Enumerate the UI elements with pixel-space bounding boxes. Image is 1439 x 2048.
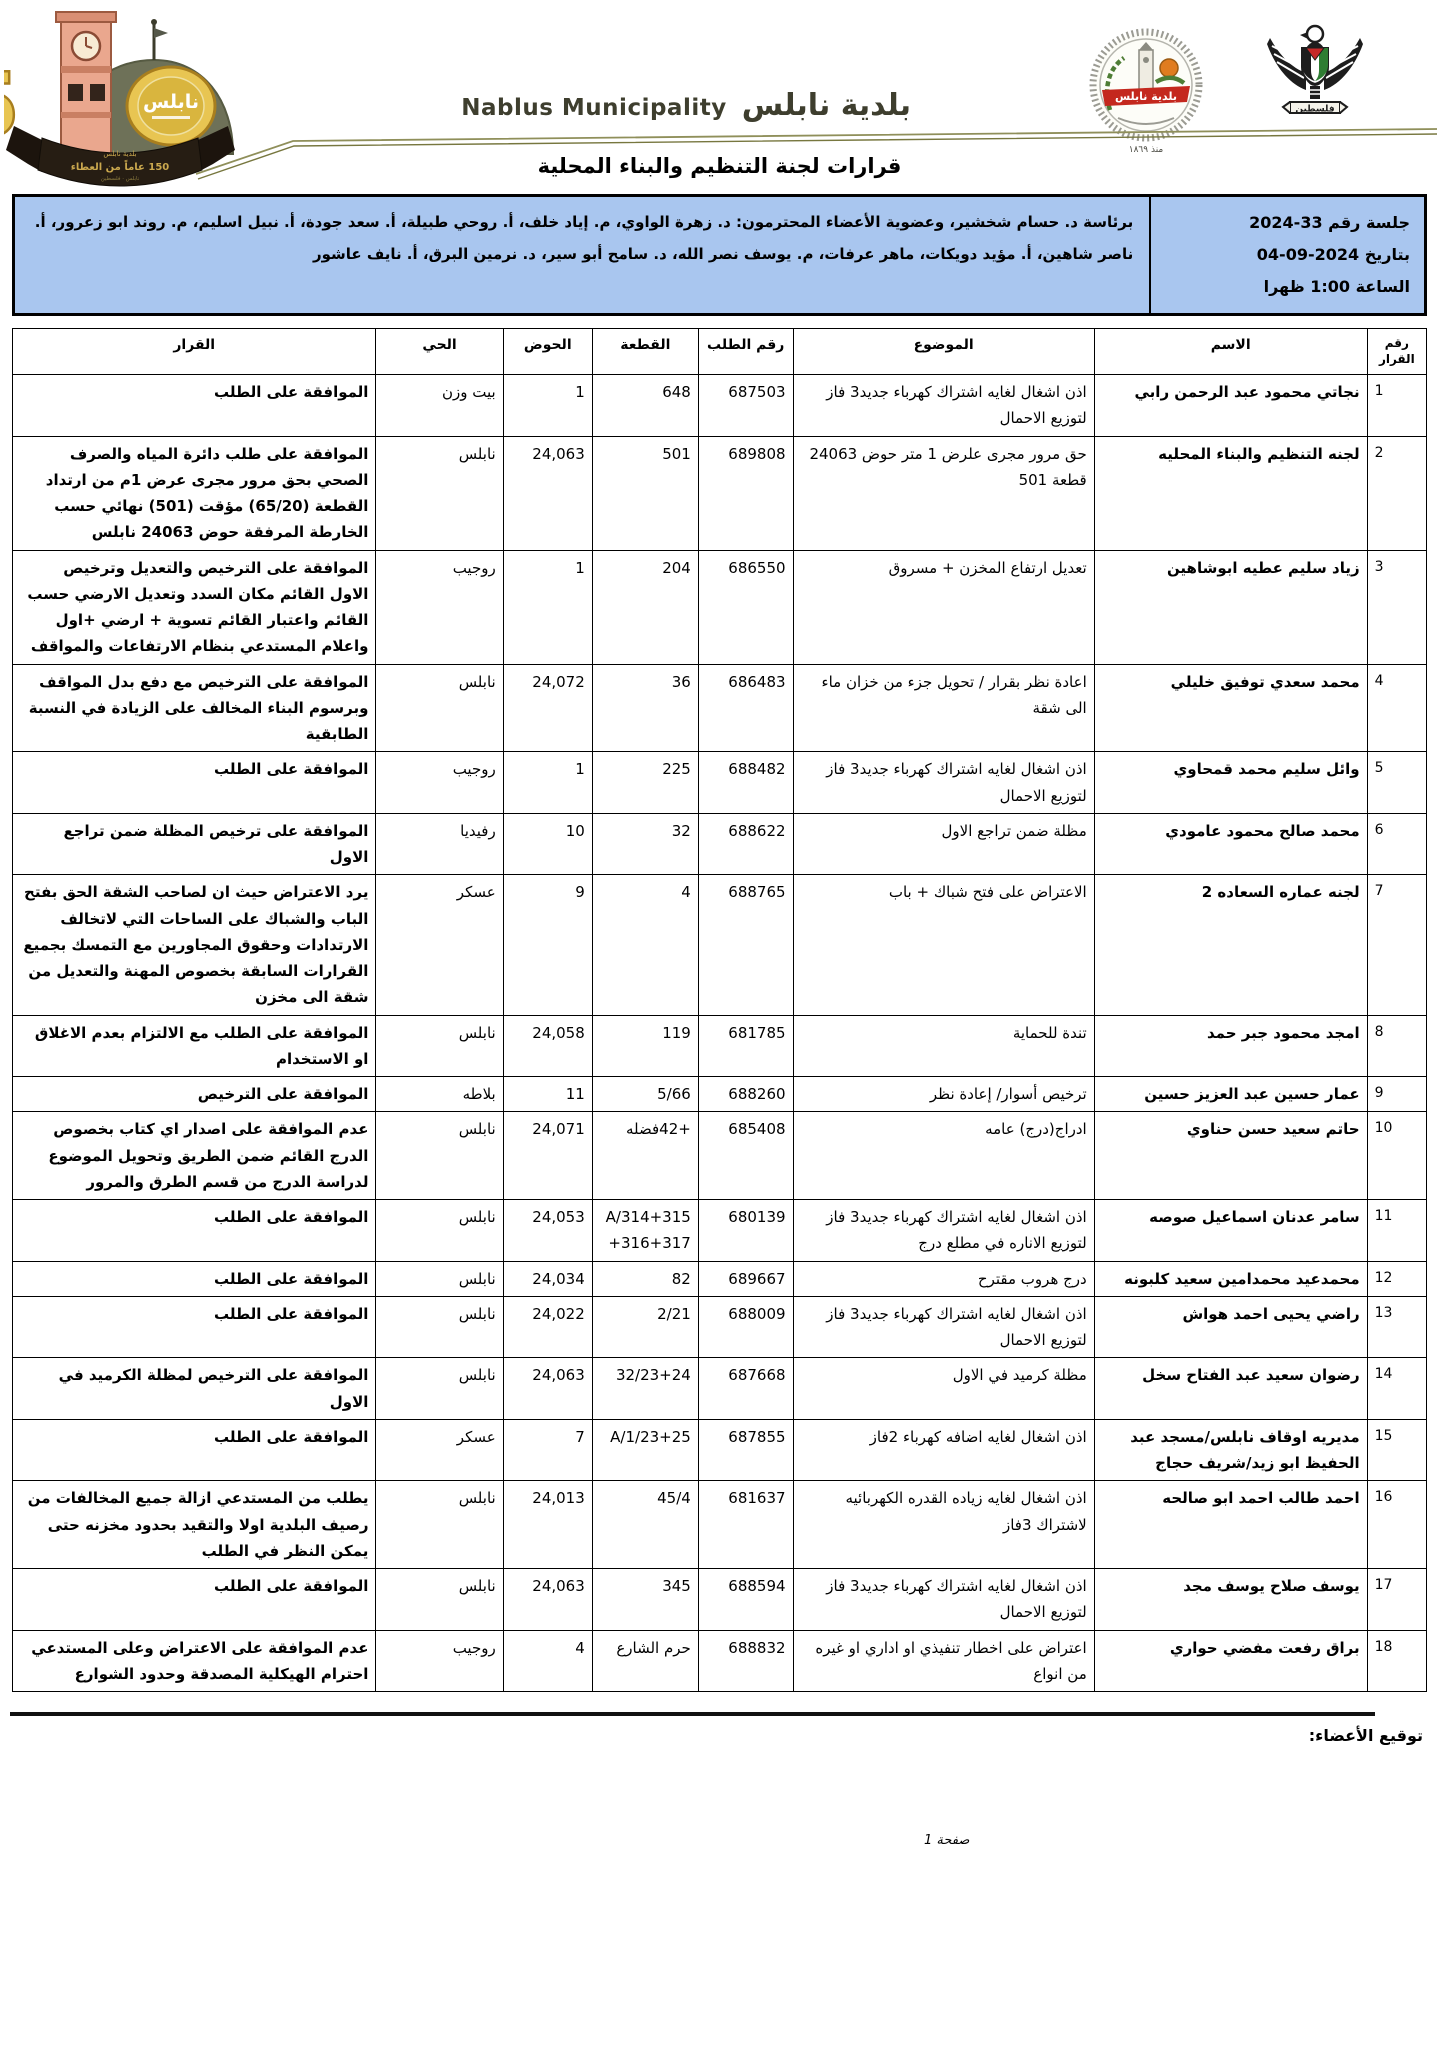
cell-block: 24,013 [503, 1481, 592, 1569]
cell-applicant-name: يوسف صلاح يوسف مجد [1094, 1569, 1367, 1631]
table-header-row: رقم القرار الاسم الموضوع رقم الطلب القطع… [13, 329, 1427, 375]
cell-subject: درج هروب مقترح [793, 1261, 1094, 1296]
decision-row: 8امجد محمود جبر حمدتندة للحماية681785119… [13, 1015, 1427, 1077]
cell-subject: ادراج(درج) عامه [793, 1112, 1094, 1200]
cell-request-number: 686483 [698, 664, 793, 752]
cell-applicant-name: سامر عدنان اسماعيل صوصه [1094, 1200, 1367, 1262]
cell-block: 11 [503, 1077, 592, 1112]
cell-parcel: 5/66 [592, 1077, 698, 1112]
cell-decision-number: 11 [1367, 1200, 1426, 1262]
cell-parcel: 2/21 [592, 1296, 698, 1358]
cell-district: رفيديا [376, 813, 503, 875]
cell-district: بيت وزن [376, 375, 503, 437]
cell-decision: الموافقة على الترخيص [13, 1077, 376, 1112]
decision-row: 18براق رفعت مفضي حوارياعتراض على اخطار ت… [13, 1630, 1427, 1692]
cell-block: 24,063 [503, 436, 592, 550]
decision-row: 10حاتم سعيد حسن حناويادراج(درج) عامه6854… [13, 1112, 1427, 1200]
cell-request-number: 687503 [698, 375, 793, 437]
cell-applicant-name: رضوان سعيد عبد الفتاح سخل [1094, 1358, 1367, 1420]
cell-decision-number: 13 [1367, 1296, 1426, 1358]
cell-parcel: 648 [592, 375, 698, 437]
cell-block: 10 [503, 813, 592, 875]
cell-block: 1 [503, 752, 592, 814]
session-number: جلسة رقم 33-2024 [1165, 207, 1410, 239]
end-rule [10, 1712, 1375, 1716]
cell-request-number: 688482 [698, 752, 793, 814]
session-attendees: برئاسة د. حسام شخشير، وعضوية الأعضاء الم… [15, 197, 1149, 313]
cell-block: 24,034 [503, 1261, 592, 1296]
svg-text:بلدية نابلس: بلدية نابلس [103, 150, 136, 158]
decision-row: 11سامر عدنان اسماعيل صوصهاذن اشغال لغايه… [13, 1200, 1427, 1262]
header-district: الحي [376, 329, 503, 375]
cell-district: نابلس [376, 1200, 503, 1262]
nablus-150-years-logo-icon: 15 نابلس بلدية نابلس 150 عاماً من العطاء… [4, 4, 236, 196]
cell-parcel: 32/23+24 [592, 1358, 698, 1420]
cell-block: 1 [503, 550, 592, 664]
cell-decision-number: 17 [1367, 1569, 1426, 1631]
cell-applicant-name: حاتم سعيد حسن حناوي [1094, 1112, 1367, 1200]
cell-parcel: A/314+315+316+317 [592, 1200, 698, 1262]
cell-subject: اذن اشغال لغايه اشتراك كهرباء جديد3 فاز … [793, 752, 1094, 814]
cell-district: نابلس [376, 1358, 503, 1420]
cell-applicant-name: براق رفعت مفضي حواري [1094, 1630, 1367, 1692]
cell-decision-number: 14 [1367, 1358, 1426, 1420]
document-page: 15 نابلس بلدية نابلس 150 عاماً من العطاء… [0, 0, 1439, 2048]
cell-block: 24,072 [503, 664, 592, 752]
cell-applicant-name: نجاتي محمود عبد الرحمن رابي [1094, 375, 1367, 437]
palestine-eagle-emblem-icon: فلسطين [1262, 16, 1368, 122]
cell-subject: اذن اشغال لغايه اشتراك كهرباء جديد3 فاز … [793, 1200, 1094, 1262]
cell-request-number: 681637 [698, 1481, 793, 1569]
cell-parcel: 204 [592, 550, 698, 664]
decision-row: 16احمد طالب احمد ابو صالحهاذن اشغال لغاي… [13, 1481, 1427, 1569]
cell-applicant-name: امجد محمود جبر حمد [1094, 1015, 1367, 1077]
cell-subject: اذن اشغال لغايه زياده القدره الكهربائيه … [793, 1481, 1094, 1569]
cell-applicant-name: لجنه التنظيم والبناء المحليه [1094, 436, 1367, 550]
brand-english: Nablus Municipality [461, 95, 726, 121]
cell-applicant-name: مديريه اوقاف نابلس/مسجد عبد الحفيظ ابو ز… [1094, 1419, 1367, 1481]
cell-request-number: 687855 [698, 1419, 793, 1481]
attendees-line-1: برئاسة د. حسام شخشير، وعضوية الأعضاء الم… [31, 207, 1133, 239]
cell-subject: تندة للحماية [793, 1015, 1094, 1077]
cell-subject: اعادة نظر بقرار / تحويل جزء من خزان ماء … [793, 664, 1094, 752]
cell-parcel: 82 [592, 1261, 698, 1296]
cell-decision: الموافقة على الترخيص لمظلة الكرميد في ال… [13, 1358, 376, 1420]
cell-request-number: 688622 [698, 813, 793, 875]
cell-subject: اذن اشغال لغايه اشتراك كهرباء جديد3 فاز … [793, 1296, 1094, 1358]
cell-block: 4 [503, 1630, 592, 1692]
cell-subject: اذن اشغال لغايه اضافه كهرباء 2فاز [793, 1419, 1094, 1481]
cell-decision: الموافقة على الطلب [13, 375, 376, 437]
header-block: الحوض [503, 329, 592, 375]
emblem-scroll-text: فلسطين [1295, 105, 1334, 115]
cell-request-number: 688009 [698, 1296, 793, 1358]
cell-request-number: 686550 [698, 550, 793, 664]
cell-district: عسكر [376, 1419, 503, 1481]
cell-parcel: 225 [592, 752, 698, 814]
cell-applicant-name: راضي يحيى احمد هواش [1094, 1296, 1367, 1358]
cell-request-number: 688260 [698, 1077, 793, 1112]
cell-applicant-name: لجنه عماره السعاده 2 [1094, 875, 1367, 1015]
decision-row: 3زياد سليم عطيه ابوشاهينتعديل ارتفاع الم… [13, 550, 1427, 664]
cell-subject: مظلة ضمن تراجع الاول [793, 813, 1094, 875]
cell-parcel: 45/4 [592, 1481, 698, 1569]
cell-request-number: 689667 [698, 1261, 793, 1296]
header-request-number: رقم الطلب [698, 329, 793, 375]
cell-block: 24,063 [503, 1358, 592, 1420]
cell-decision-number: 9 [1367, 1077, 1426, 1112]
decision-row: 6محمد صالح محمود عاموديمظلة ضمن تراجع ال… [13, 813, 1427, 875]
cell-parcel: 501 [592, 436, 698, 550]
cell-district: نابلس [376, 1481, 503, 1569]
cell-block: 1 [503, 375, 592, 437]
cell-request-number: 681785 [698, 1015, 793, 1077]
cell-request-number: 688832 [698, 1630, 793, 1692]
cell-subject: ترخيص أسوار/ إعادة نظر [793, 1077, 1094, 1112]
cell-applicant-name: محمدعيد محمدامين سعيد كلبونه [1094, 1261, 1367, 1296]
cell-decision: عدم الموافقة على الاعتراض وعلى المستدعي … [13, 1630, 376, 1692]
cell-request-number: 688594 [698, 1569, 793, 1631]
header-parcel: القطعة [592, 329, 698, 375]
cell-request-number: 689808 [698, 436, 793, 550]
cell-subject: مظلة كرميد في الاول [793, 1358, 1094, 1420]
cell-applicant-name: وائل سليم محمد قمحاوي [1094, 752, 1367, 814]
header-name: الاسم [1094, 329, 1367, 375]
header-decision-number: رقم القرار [1367, 329, 1426, 375]
cell-applicant-name: زياد سليم عطيه ابوشاهين [1094, 550, 1367, 664]
decision-row: 7لجنه عماره السعاده 2الاعتراض على فتح شب… [13, 875, 1427, 1015]
decision-row: 4محمد سعدي توفيق خليلياعادة نظر بقرار / … [13, 664, 1427, 752]
cell-subject: تعديل ارتفاع المخزن + مسروق [793, 550, 1094, 664]
cell-applicant-name: محمد سعدي توفيق خليلي [1094, 664, 1367, 752]
cell-district: روجيب [376, 550, 503, 664]
cell-decision: الموافقة على الطلب [13, 1261, 376, 1296]
decision-row: 14رضوان سعيد عبد الفتاح سخلمظلة كرميد في… [13, 1358, 1427, 1420]
cell-parcel: 345 [592, 1569, 698, 1631]
decision-row: 17يوسف صلاح يوسف مجداذن اشغال لغايه اشتر… [13, 1569, 1427, 1631]
cell-request-number: 680139 [698, 1200, 793, 1262]
nablus-municipality-seal-icon: بلدية نابلس منذ ١٨٦٩ [1076, 28, 1216, 160]
cell-applicant-name: عمار حسين عبد العزيز حسين [1094, 1077, 1367, 1112]
session-time: الساعة 1:00 ظهرا [1165, 271, 1410, 303]
cell-decision: الموافقة على الترخيص مع دفع بدل المواقف … [13, 664, 376, 752]
cell-district: نابلس [376, 1569, 503, 1631]
cell-block: 24,022 [503, 1296, 592, 1358]
cell-decision-number: 8 [1367, 1015, 1426, 1077]
cell-applicant-name: محمد صالح محمود عامودي [1094, 813, 1367, 875]
document-header: 15 نابلس بلدية نابلس 150 عاماً من العطاء… [0, 0, 1439, 152]
cell-decision-number: 6 [1367, 813, 1426, 875]
cell-subject: حق مرور مجرى علرض 1 متر حوض 24063 قطعة 5… [793, 436, 1094, 550]
cell-decision-number: 7 [1367, 875, 1426, 1015]
seal-banner-text: بلدية نابلس [1115, 90, 1177, 103]
cell-decision-number: 15 [1367, 1419, 1426, 1481]
decision-row: 15مديريه اوقاف نابلس/مسجد عبد الحفيظ ابو… [13, 1419, 1427, 1481]
svg-text:نابلس · فلسطين: نابلس · فلسطين [101, 176, 140, 182]
cell-parcel: +42فضله [592, 1112, 698, 1200]
cell-decision: الموافقة على طلب دائرة المياه والصرف الص… [13, 436, 376, 550]
cell-parcel: 4 [592, 875, 698, 1015]
cell-subject: اذن اشغال لغايه اشتراك كهرباء جديد3 فاز … [793, 1569, 1094, 1631]
cell-applicant-name: احمد طالب احمد ابو صالحه [1094, 1481, 1367, 1569]
cell-request-number: 687668 [698, 1358, 793, 1420]
cell-subject: الاعتراض على فتح شباك + باب [793, 875, 1094, 1015]
decisions-table: رقم القرار الاسم الموضوع رقم الطلب القطع… [12, 328, 1427, 1692]
session-date: بتاريخ 2024-09-04 [1165, 239, 1410, 271]
cell-decision: الموافقة على الطلب [13, 1200, 376, 1262]
cell-block: 24,058 [503, 1015, 592, 1077]
cell-district: نابلس [376, 1261, 503, 1296]
session-info-box: جلسة رقم 33-2024 بتاريخ 2024-09-04 الساع… [12, 194, 1427, 316]
cell-decision: الموافقة على الطلب [13, 1569, 376, 1631]
cell-block: 7 [503, 1419, 592, 1481]
cell-decision: الموافقة على ترخيص المظلة ضمن تراجع الاو… [13, 813, 376, 875]
cell-district: نابلس [376, 664, 503, 752]
session-meta: جلسة رقم 33-2024 بتاريخ 2024-09-04 الساع… [1149, 197, 1424, 313]
header-subject: الموضوع [793, 329, 1094, 375]
decision-row: 13راضي يحيى احمد هواشاذن اشغال لغايه اشت… [13, 1296, 1427, 1358]
cell-parcel: A/1/23+25 [592, 1419, 698, 1481]
cell-district: نابلس [376, 1015, 503, 1077]
decisions-body: 1نجاتي محمود عبد الرحمن رابياذن اشغال لغ… [13, 375, 1427, 1692]
cell-decision: الموافقة على الترخيص والتعديل وترخيص الا… [13, 550, 376, 664]
cell-block: 24,071 [503, 1112, 592, 1200]
decision-row: 9عمار حسين عبد العزيز حسينترخيص أسوار/ إ… [13, 1077, 1427, 1112]
cell-parcel: حرم الشارع [592, 1630, 698, 1692]
cell-decision-number: 1 [1367, 375, 1426, 437]
cell-decision-number: 4 [1367, 664, 1426, 752]
attendees-line-2: ناصر شاهين، أ. مؤيد دويكات، ماهر عرفات، … [31, 239, 1133, 271]
header-decision: القرار [13, 329, 376, 375]
seal-since-text: منذ ١٨٦٩ [1129, 145, 1164, 155]
decision-row: 12محمدعيد محمدامين سعيد كلبونهدرج هروب م… [13, 1261, 1427, 1296]
cell-parcel: 119 [592, 1015, 698, 1077]
decision-row: 5وائل سليم محمد قمحاوياذن اشغال لغايه اش… [13, 752, 1427, 814]
cell-decision: الموافقة على الطلب [13, 1419, 376, 1481]
cell-decision: يطلب من المستدعي ازالة جميع المخالفات من… [13, 1481, 376, 1569]
cell-block: 24,053 [503, 1200, 592, 1262]
cell-decision-number: 12 [1367, 1261, 1426, 1296]
cell-decision-number: 16 [1367, 1481, 1426, 1569]
cell-decision-number: 2 [1367, 436, 1426, 550]
cell-district: بلاطه [376, 1077, 503, 1112]
cell-decision-number: 3 [1367, 550, 1426, 664]
cell-district: نابلس [376, 436, 503, 550]
cell-decision: الموافقة على الطلب [13, 752, 376, 814]
decision-row: 1نجاتي محمود عبد الرحمن رابياذن اشغال لغ… [13, 375, 1427, 437]
cell-parcel: 36 [592, 664, 698, 752]
brand-wordmark: بلدية نابلس Nablus Municipality [461, 88, 911, 123]
cell-district: روجيب [376, 1630, 503, 1692]
cell-decision: الموافقة على الطلب [13, 1296, 376, 1358]
members-signature-label: توقيع الأعضاء: [0, 1726, 1423, 1745]
brand-arabic: بلدية نابلس [742, 88, 911, 123]
cell-parcel: 32 [592, 813, 698, 875]
cell-subject: اذن اشغال لغايه اشتراك كهرباء جديد3 فاز … [793, 375, 1094, 437]
cell-request-number: 688765 [698, 875, 793, 1015]
cell-request-number: 685408 [698, 1112, 793, 1200]
cell-decision: عدم الموافقة على اصدار اي كتاب بخصوص الد… [13, 1112, 376, 1200]
cell-district: نابلس [376, 1296, 503, 1358]
cell-decision-number: 10 [1367, 1112, 1426, 1200]
cell-decision-number: 5 [1367, 752, 1426, 814]
cell-subject: اعتراض على اخطار تنفيذي او اداري او غيره… [793, 1630, 1094, 1692]
cell-decision: يرد الاعتراض حيث ان لصاحب الشقة الحق بفت… [13, 875, 376, 1015]
cell-decision-number: 18 [1367, 1630, 1426, 1692]
svg-text:نابلس: نابلس [143, 91, 199, 113]
cell-block: 24,063 [503, 1569, 592, 1631]
cell-district: روجيب [376, 752, 503, 814]
cell-district: نابلس [376, 1112, 503, 1200]
cell-block: 9 [503, 875, 592, 1015]
cell-district: عسكر [376, 875, 503, 1015]
page-number: صفحة 1 [0, 1833, 1439, 1848]
decision-row: 2لجنه التنظيم والبناء المحليهحق مرور مجر… [13, 436, 1427, 550]
cell-decision: الموافقة على الطلب مع الالتزام بعدم الاغ… [13, 1015, 376, 1077]
